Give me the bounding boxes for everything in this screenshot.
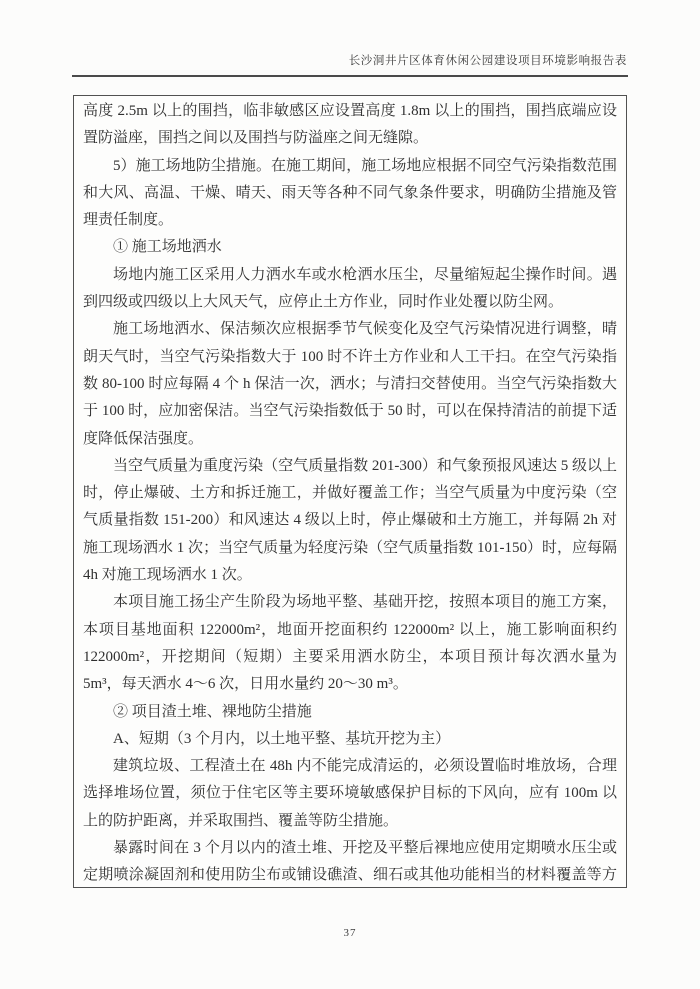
paragraph: 建筑垃圾、工程渣土在 48h 内不能完成清运的，必须设置临时堆放场，合理选择堆场…	[83, 753, 617, 835]
page-number: 37	[344, 927, 357, 939]
report-table-cell: 高度 2.5m 以上的围挡，临非敏感区应设置高度 1.8m 以上的围挡，围挡底端…	[73, 95, 627, 888]
paragraph: 5）施工场地防尘措施。在施工期间，施工场地应根据不同空气污染指数范围和大风、高温…	[83, 153, 617, 235]
paragraph: 本项目施工扬尘产生阶段为场地平整、基础开挖，按照本项目的施工方案，本项目基地面积…	[83, 589, 617, 698]
document-page: 长沙洞井片区体育休闲公园建设项目环境影响报告表 高度 2.5m 以上的围挡，临非…	[0, 0, 700, 989]
paragraph: 暴露时间在 3 个月以内的渣土堆、开挖及平整后裸地应使用定期喷水压尘或定期喷涂凝…	[83, 835, 617, 888]
header-divider	[72, 75, 628, 77]
paragraph: 当空气质量为重度污染（空气质量指数 201-300）和气象预报风速达 5 级以上…	[83, 453, 617, 589]
paragraph: 场地内施工区采用人力洒水车或水枪洒水压尘，尽量缩短起尘操作时间。遇到四级或四级以…	[83, 262, 617, 317]
paragraph-heading: A、短期（3 个月内，以土地平整、基坑开挖为主）	[83, 726, 617, 753]
paragraph-heading: ① 施工场地洒水	[83, 234, 617, 261]
report-header-title: 长沙洞井片区体育休闲公园建设项目环境影响报告表	[349, 52, 627, 68]
paragraph: 施工场地洒水、保洁频次应根据季节气候变化及空气污染情况进行调整，晴朗天气时，当空…	[83, 316, 617, 452]
page-footer: 37	[0, 923, 700, 941]
paragraph-heading: ② 项目渣土堆、裸地防尘措施	[83, 699, 617, 726]
paragraph: 高度 2.5m 以上的围挡，临非敏感区应设置高度 1.8m 以上的围挡，围挡底端…	[83, 98, 617, 153]
